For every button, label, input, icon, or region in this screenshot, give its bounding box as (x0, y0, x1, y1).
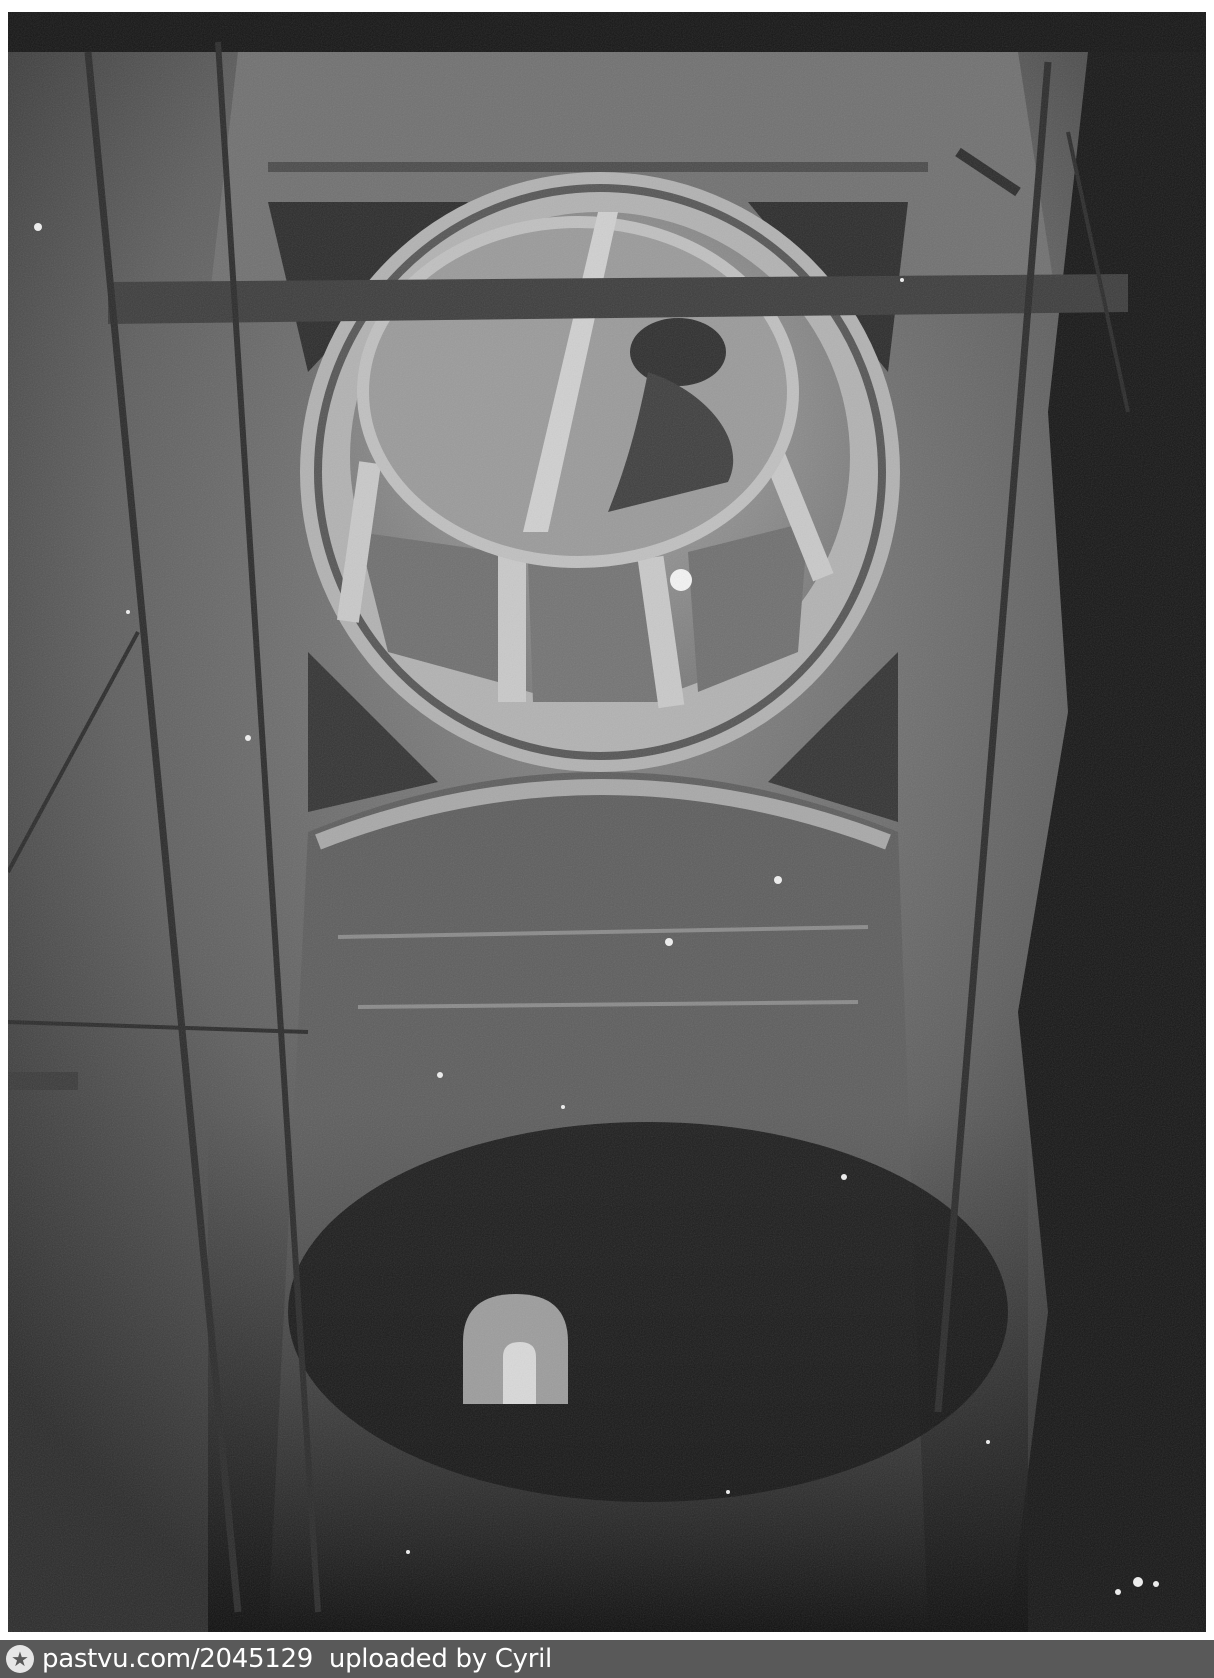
watermark-text[interactable]: pastvu.com/2045129 uploaded by Cyril (42, 1644, 552, 1674)
pastvu-star-icon: ★ (6, 1645, 34, 1673)
dome-scene (8, 12, 1206, 1632)
archival-photo (8, 12, 1206, 1632)
watermark-bar: ★ pastvu.com/2045129 uploaded by Cyril (0, 1640, 1214, 1678)
